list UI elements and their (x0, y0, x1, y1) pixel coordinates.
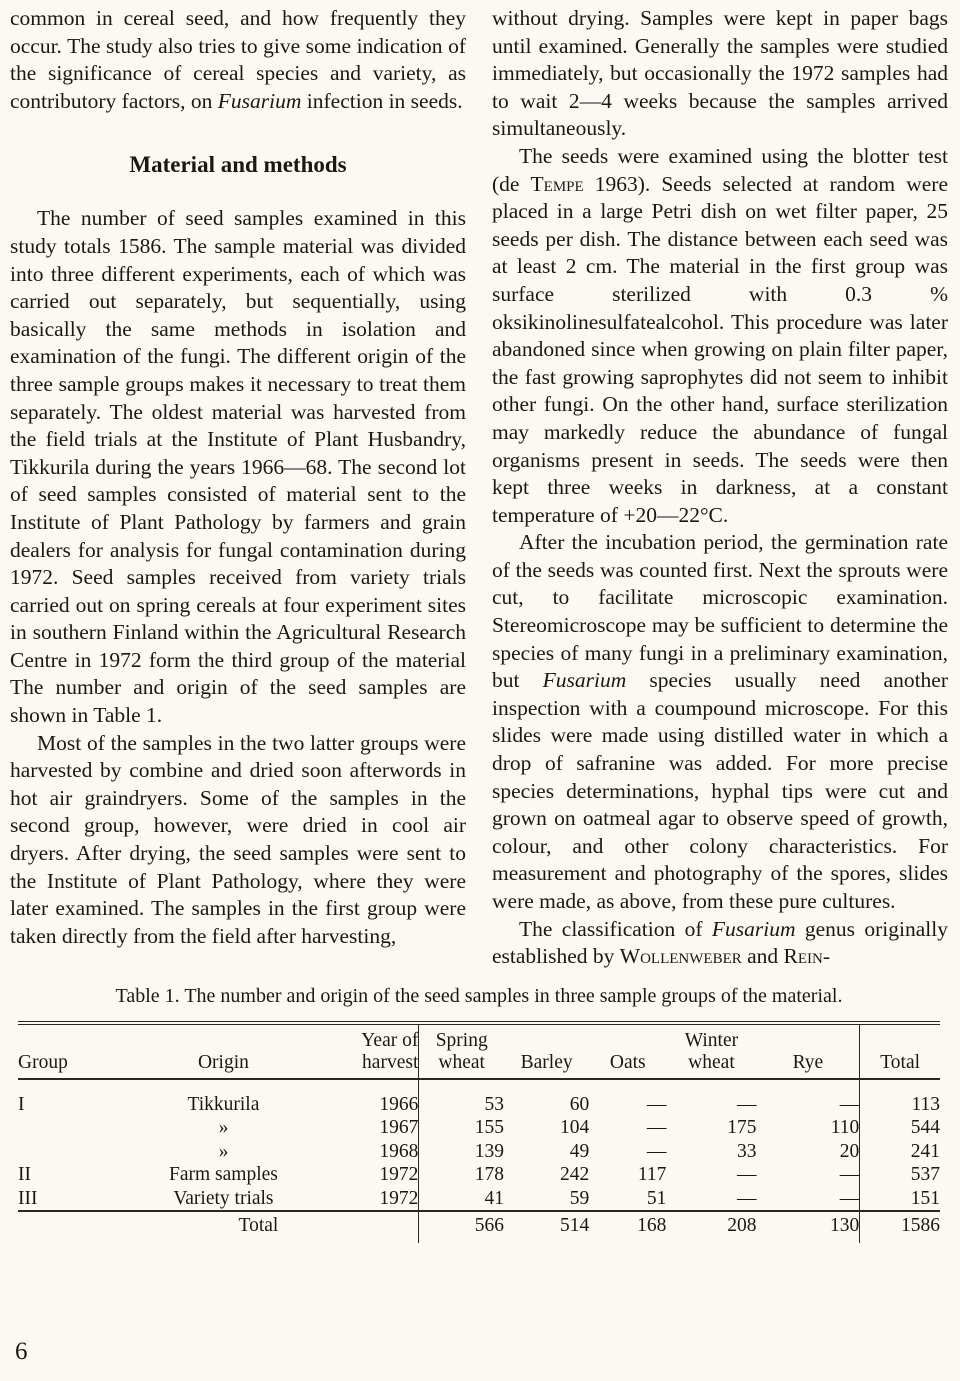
cell-origin: » (108, 1116, 339, 1140)
table-row: » 1968 139 49 — 33 20 241 (18, 1140, 940, 1164)
cell-year: 1972 (339, 1187, 419, 1212)
col-header-oats: Oats (589, 1023, 666, 1079)
cell-total-oats: 168 (589, 1211, 666, 1243)
cell-oats: — (589, 1116, 666, 1140)
table-1: Group Origin Year of harvest Spring whea… (18, 1021, 940, 1243)
cell-year: 1968 (339, 1140, 419, 1164)
section-heading-material-and-methods: Material and methods (10, 151, 466, 179)
col-header-total: Total (860, 1023, 940, 1079)
text-run: Wollenweber (620, 944, 742, 968)
cell-spring-wheat: 41 (419, 1187, 504, 1212)
cell-origin: Farm samples (108, 1163, 339, 1187)
col-header-barley: Barley (504, 1023, 589, 1079)
table-row: I Tikkurila 1966 53 60 — — — 113 (18, 1079, 940, 1117)
paragraph-classification: The classification of Fusarium genus ori… (492, 916, 948, 971)
cell-group: I (18, 1079, 108, 1117)
right-column: without drying. Samples were kept in pap… (492, 5, 948, 971)
text-run: 1963). Seeds selected at random were pla… (492, 172, 948, 527)
text-run: species usually need another inspection … (492, 668, 948, 913)
col-header-winter-wheat: Winter wheat (666, 1023, 756, 1079)
cell-oats: — (589, 1140, 666, 1164)
table-row: » 1967 155 104 — 175 110 544 (18, 1116, 940, 1140)
table-total-row: Total 566 514 168 208 130 1586 (18, 1211, 940, 1243)
cell-rye: 20 (757, 1140, 860, 1164)
cell-total: 544 (860, 1116, 940, 1140)
cell-year: 1966 (339, 1079, 419, 1117)
cell-group (18, 1140, 108, 1164)
table-caption: Table 1. The number and origin of the se… (10, 985, 948, 1008)
paper-page: common in cereal seed, and how frequentl… (0, 0, 960, 1243)
cell-year: 1967 (339, 1116, 419, 1140)
cell-barley: 242 (504, 1163, 589, 1187)
table-header-row: Group Origin Year of harvest Spring whea… (18, 1023, 940, 1079)
cell-rye: — (757, 1187, 860, 1212)
table-row: III Variety trials 1972 41 59 51 — — 151 (18, 1187, 940, 1212)
cell-rye: — (757, 1163, 860, 1187)
cell-year-empty (339, 1211, 419, 1243)
cell-oats: 117 (589, 1163, 666, 1187)
col-header-rye: Rye (757, 1023, 860, 1079)
paragraph-incubation: After the incubation period, the germina… (492, 529, 948, 915)
text-run: Rein- (784, 944, 831, 968)
col-header-year-of-harvest: Year of harvest (339, 1023, 419, 1079)
cell-total-barley: 514 (504, 1211, 589, 1243)
cell-group-empty (18, 1211, 108, 1243)
cell-spring-wheat: 139 (419, 1140, 504, 1164)
cell-total: 113 (860, 1079, 940, 1117)
col-header-origin: Origin (108, 1023, 339, 1079)
total-row-label: Total (108, 1211, 339, 1243)
cell-group (18, 1116, 108, 1140)
table-row: II Farm samples 1972 178 242 117 — — 537 (18, 1163, 940, 1187)
cell-group: III (18, 1187, 108, 1212)
cell-spring-wheat: 53 (419, 1079, 504, 1117)
paragraph-material: The number of seed samples examined in t… (10, 205, 466, 729)
cell-total-spring-wheat: 566 (419, 1211, 504, 1243)
cell-total: 151 (860, 1187, 940, 1212)
cell-total: 241 (860, 1140, 940, 1164)
cell-grand-total: 1586 (860, 1211, 940, 1243)
cell-winter-wheat: 175 (666, 1116, 756, 1140)
left-column: common in cereal seed, and how frequentl… (10, 5, 466, 971)
cell-oats: — (589, 1079, 666, 1117)
table-1-section: Table 1. The number and origin of the se… (10, 985, 948, 1243)
col-header-spring-wheat: Spring wheat (419, 1023, 504, 1079)
cell-barley: 60 (504, 1079, 589, 1117)
cell-origin: Tikkurila (108, 1079, 339, 1117)
cell-total-rye: 130 (757, 1211, 860, 1243)
col-header-group: Group (18, 1023, 108, 1079)
cell-winter-wheat: — (666, 1187, 756, 1212)
cell-origin: Variety trials (108, 1187, 339, 1212)
cell-winter-wheat: — (666, 1079, 756, 1117)
cell-rye: — (757, 1079, 860, 1117)
cell-winter-wheat: 33 (666, 1140, 756, 1164)
text-run: Fusarium (218, 89, 302, 113)
cell-winter-wheat: — (666, 1163, 756, 1187)
cell-spring-wheat: 155 (419, 1116, 504, 1140)
paragraph-harvesting: Most of the samples in the two latter gr… (10, 730, 466, 951)
paragraph-drying-continuation: without drying. Samples were kept in pap… (492, 5, 948, 143)
text-run: infection in seeds. (301, 89, 462, 113)
cell-oats: 51 (589, 1187, 666, 1212)
cell-rye: 110 (757, 1116, 860, 1140)
cell-barley: 49 (504, 1140, 589, 1164)
cell-spring-wheat: 178 (419, 1163, 504, 1187)
paragraph-blotter-test: The seeds were examined using the blotte… (492, 143, 948, 529)
text-run: Tempe (531, 172, 584, 196)
paragraph-intro-continuation: common in cereal seed, and how frequentl… (10, 5, 466, 115)
cell-year: 1972 (339, 1163, 419, 1187)
two-column-text: common in cereal seed, and how frequentl… (10, 5, 948, 971)
text-run: Fusarium (712, 917, 796, 941)
cell-barley: 59 (504, 1187, 589, 1212)
cell-total: 537 (860, 1163, 940, 1187)
text-run: Fusarium (543, 668, 627, 692)
cell-origin: » (108, 1140, 339, 1164)
cell-group: II (18, 1163, 108, 1187)
page-number: 6 (15, 1338, 28, 1366)
cell-barley: 104 (504, 1116, 589, 1140)
text-run: and (742, 944, 784, 968)
cell-total-winter-wheat: 208 (666, 1211, 756, 1243)
text-run: The classification of (519, 917, 712, 941)
